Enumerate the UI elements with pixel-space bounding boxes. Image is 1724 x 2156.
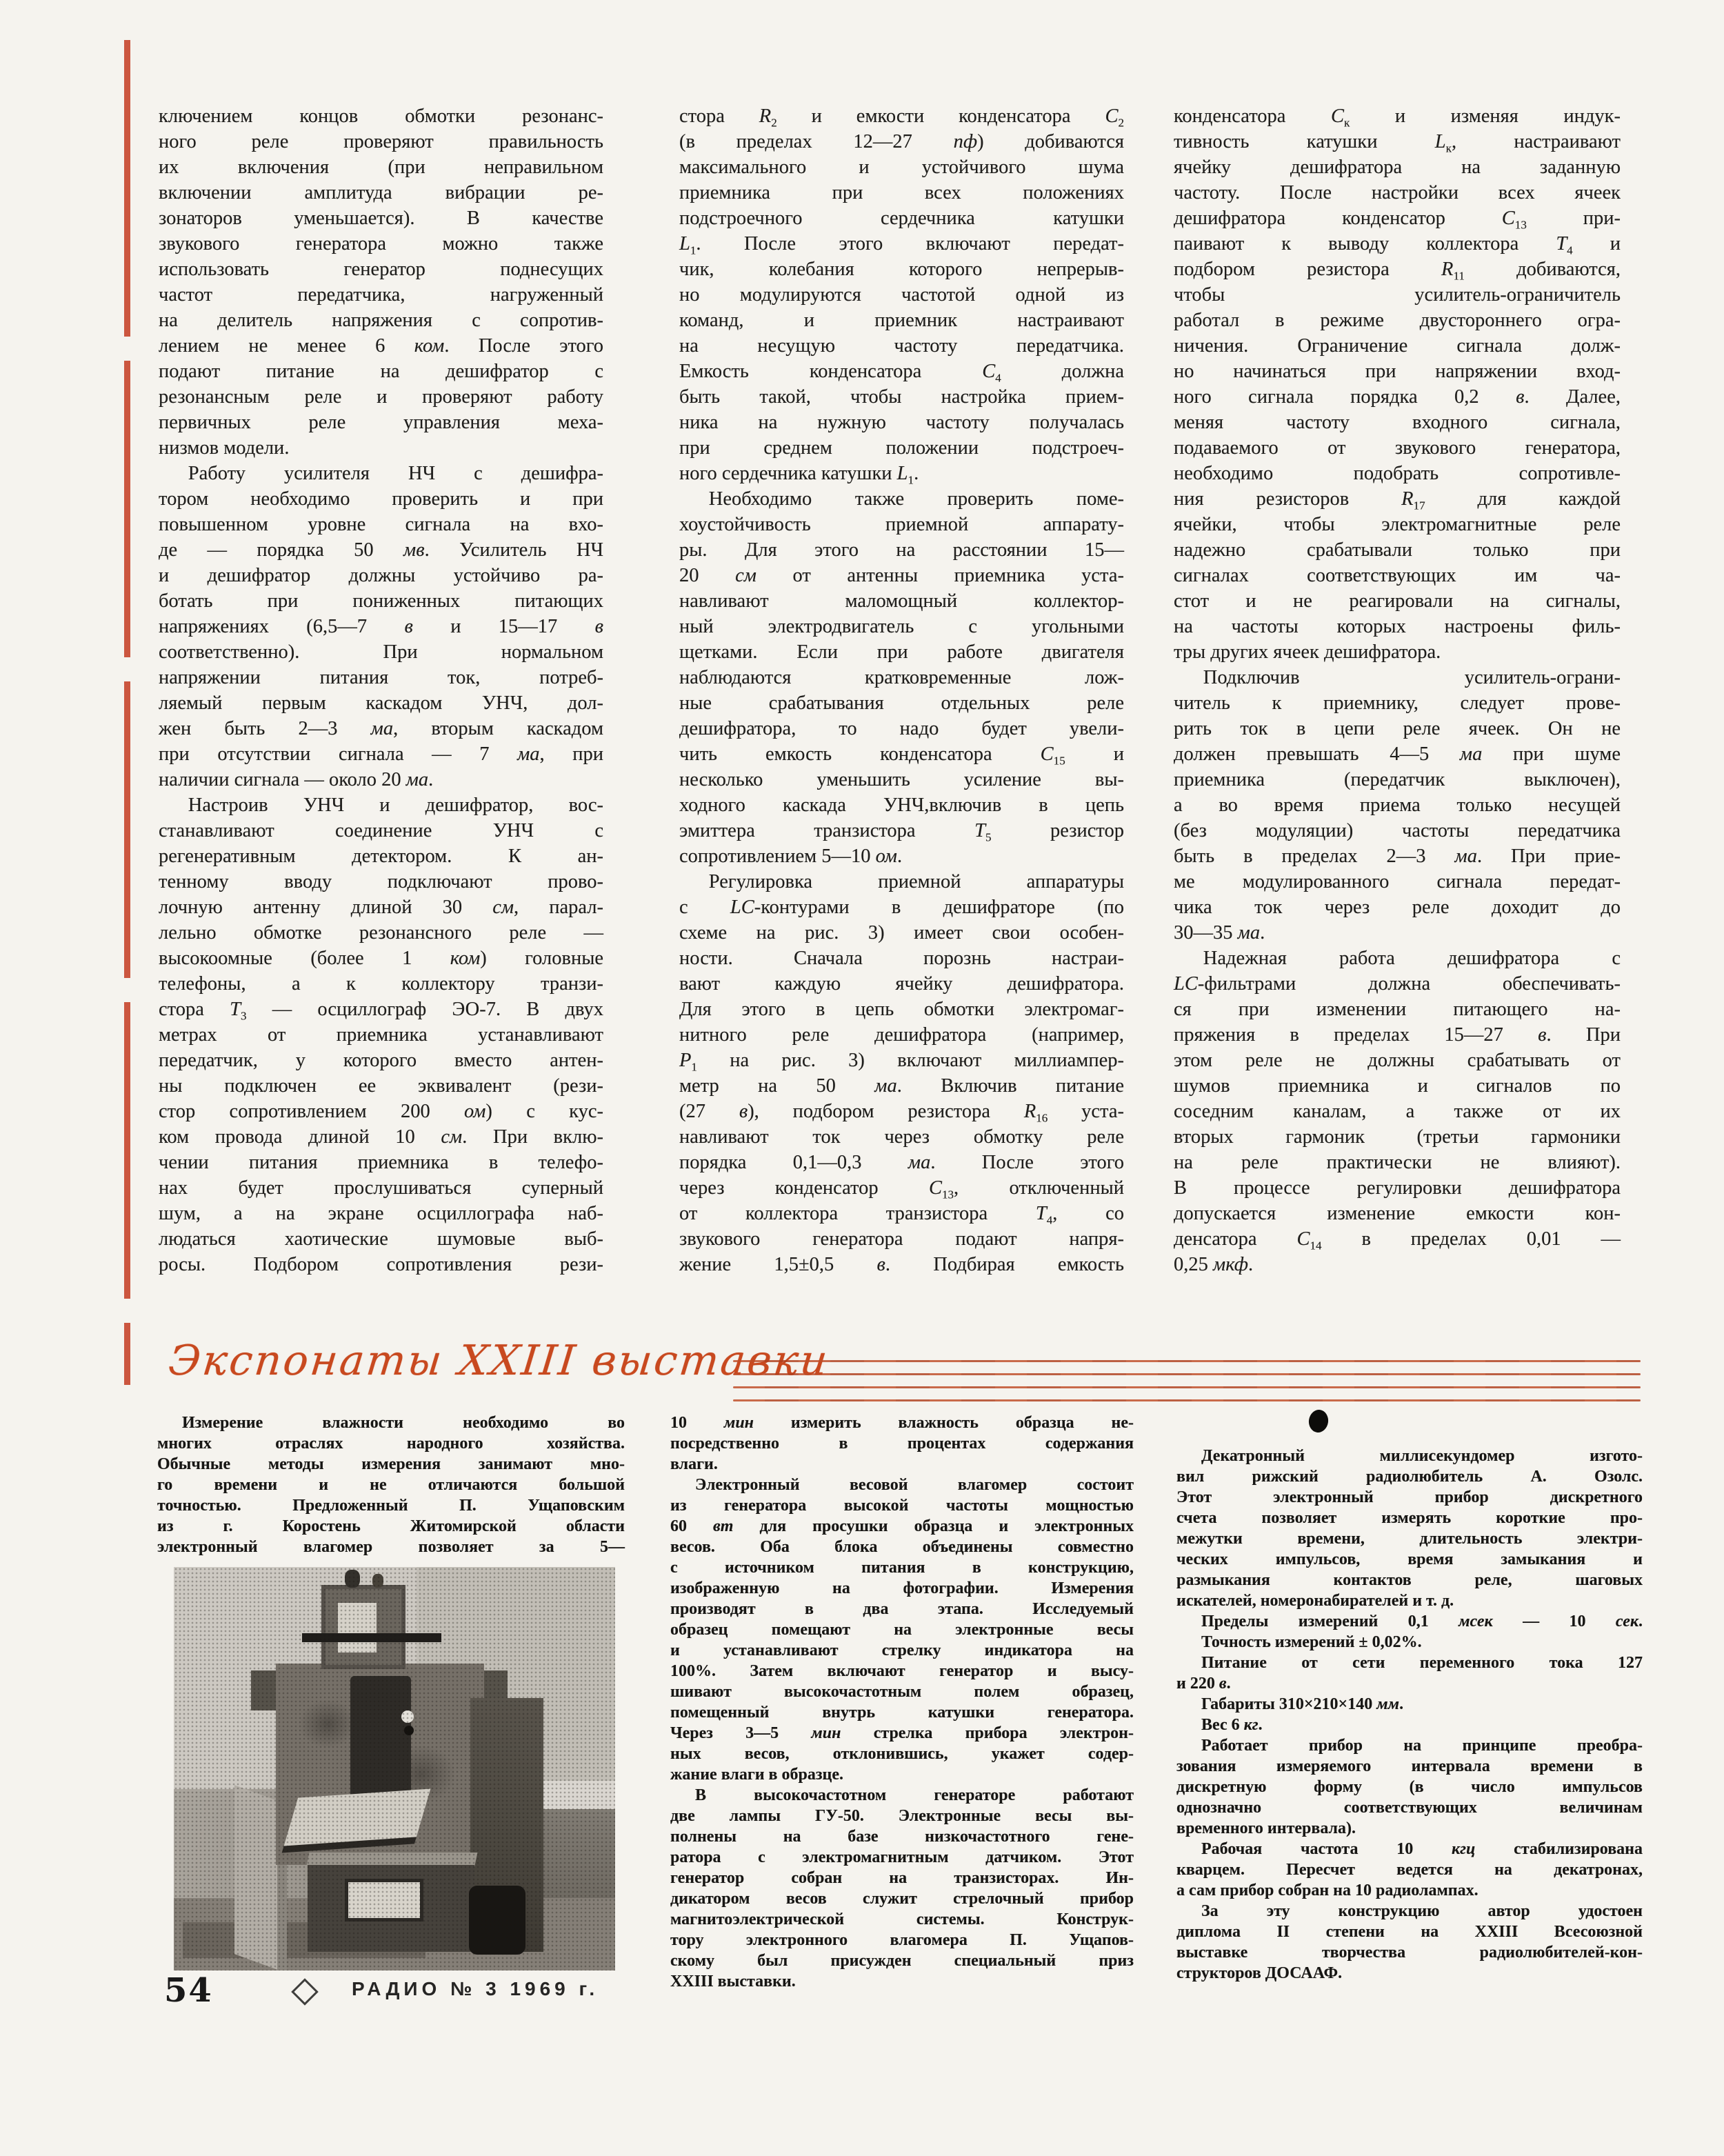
text-line: но начинаться при напряжении вход- (1174, 359, 1621, 384)
rule-line (733, 1399, 1641, 1401)
text-line: 0,25 мкф. (1174, 1252, 1621, 1277)
text-line: ничения. Ограничение сигнала долж- (1174, 333, 1621, 359)
text-line: Через 3—5 мин стрелка прибора электрон- (670, 1723, 1134, 1744)
text-line: нах будет прослушиваться суперный (159, 1175, 603, 1201)
text-line: на реле практически не влияют). (1174, 1150, 1621, 1175)
text-line: Работает прибор на принципе преобра- (1176, 1735, 1643, 1756)
text-line: напряжениях (6,5—7 в и 15—17 в (159, 614, 603, 639)
text-line: шивают высокочастотным полем образец, (670, 1681, 1134, 1702)
text-line: тенному вводу подключают прово- (159, 869, 603, 895)
text-line: и 220 в. (1176, 1673, 1643, 1694)
text-line: ческих импульсов, время замыкания и (1176, 1549, 1643, 1570)
text-line: на несущую частоту передатчика. (679, 333, 1124, 359)
text-line: максимального и устойчивого шума (679, 154, 1124, 180)
text-line: паивают к выводу коллектора T4 и (1174, 231, 1621, 257)
bullet-dot (1307, 1408, 1330, 1434)
text-line: ключением концов обмотки резонанс- (159, 103, 603, 129)
text-line: работал в режиме двустороннего огра- (1174, 308, 1621, 333)
text-line: зонаторов уменьшается). В качестве (159, 206, 603, 231)
text-line: частот передатчика, нагруженный (159, 282, 603, 308)
text-line: магнитоэлектрической системы. Конструк- (670, 1909, 1134, 1930)
text-line: Питание от сети переменного тока 127 (1176, 1653, 1643, 1673)
text-line: выставке творчества радиолюбителей-кон- (1176, 1942, 1643, 1963)
text-line: допускается изменение емкости кон- (1174, 1201, 1621, 1226)
text-line: хоустойчивость приемной аппарату- (679, 512, 1124, 537)
text-line: при отсутствии сигнала — 7 ма, при (159, 741, 603, 767)
text-line: жен быть 2—3 ма, вторым каскадом (159, 716, 603, 741)
text-line: ния резисторов R17 для каждой (1174, 486, 1621, 512)
section-heading: Экспонаты XXIII выставки (166, 1337, 832, 1385)
text-line: весов. Оба блока объединены совместно (670, 1537, 1134, 1557)
text-line: ного сигнала порядка 0,2 в. Далее, (1174, 384, 1621, 410)
text-line: посредственно в процентах содержания (670, 1433, 1134, 1454)
text-line: этом реле не должны срабатывать от (1174, 1048, 1621, 1073)
text-line: ратора с электромагнитным датчиком. Этот (670, 1847, 1134, 1868)
text-line: диплома II степени на XXIII Всесоюзной (1176, 1922, 1643, 1942)
text-line: использовать генератор поднесущих (159, 257, 603, 282)
text-line: 20 см от антенны приемника уста- (679, 563, 1124, 588)
text-line: образец помещают на электронные весы (670, 1619, 1134, 1640)
red-edge-strip (124, 40, 130, 1385)
text-line: однозначно соответствующих величинам (1176, 1797, 1643, 1818)
text-line: Декатронный миллисекундомер изгото- (1176, 1446, 1643, 1466)
text-line: первичных реле управления меха- (159, 410, 603, 435)
text-line: стот и не реагировали на сигналы, (1174, 588, 1621, 614)
text-line: и дешифратор должны устойчиво ра- (159, 563, 603, 588)
text-line: Р1 на рис. 3) включают миллиампер- (679, 1048, 1124, 1073)
text-line: но модулируются частотой одной из (679, 282, 1124, 308)
text-line: размыкания контактов реле, шаговых (1176, 1570, 1643, 1590)
page-number: 54 (164, 1971, 213, 2010)
rule-line (733, 1373, 1641, 1375)
text-line: (без модуляции) частоты передатчика (1174, 818, 1621, 844)
bottom-article-column-1: Измерение влажности необходимо вомногих … (157, 1413, 625, 1557)
text-line: из генератора высокой частоты мощностью (670, 1495, 1134, 1516)
text-line: ны подключен ее эквивалент (рези- (159, 1073, 603, 1099)
text-line: де — порядка 50 мв. Усилитель НЧ (159, 537, 603, 563)
text-line: жение 1,5±0,5 в. Подбирая емкость (679, 1252, 1124, 1277)
top-article-column-2: стора R2 и емкости конденсатора C2(в пре… (679, 103, 1124, 1277)
text-line: людаться хаотические шумовые выб- (159, 1226, 603, 1252)
text-line: ботать при пониженных питающих (159, 588, 603, 614)
text-line: кварцем. Пересчет ведется на декатронах, (1176, 1859, 1643, 1880)
text-line: Точность измерений ± 0,02%. (1176, 1632, 1643, 1653)
text-line: структоров ДОСААФ. (1176, 1963, 1643, 1984)
text-line: точностью. Предложенный П. Ущаповским (157, 1495, 625, 1516)
text-line: Регулировка приемной аппаратуры (679, 869, 1124, 895)
text-line: нитного реле дешифратора (например, (679, 1022, 1124, 1048)
text-line: сопротивлением 5—10 ом. (679, 844, 1124, 869)
text-line: при среднем положении подстроеч- (679, 435, 1124, 461)
text-line: (27 в), подбором резистора R16 уста- (679, 1099, 1124, 1124)
text-line: лением не менее 6 ком. После этого (159, 333, 603, 359)
text-line: Работу усилителя НЧ с дешифра- (159, 461, 603, 486)
text-line: щетками. Если при работе двигателя (679, 639, 1124, 665)
text-line: команд, и приемник настраивают (679, 308, 1124, 333)
text-line: напряжении питания ток, потреб- (159, 665, 603, 690)
text-line: жание влаги в образце. (670, 1764, 1134, 1785)
text-line: и устанавливают стрелку индикатора на (670, 1640, 1134, 1661)
text-line: производят в два этапа. Исследуемый (670, 1599, 1134, 1619)
text-line: Измерение влажности необходимо во (157, 1413, 625, 1433)
text-line: ходного каскада УНЧ,включив в цепь (679, 792, 1124, 818)
text-line: XXIII выставки. (670, 1971, 1134, 1992)
top-article-column-1: ключением концов обмотки резонанс-ного р… (159, 103, 603, 1277)
text-line: а сам прибор собран на 10 радиолампах. (1176, 1880, 1643, 1901)
text-line: Габариты 310×210×140 мм. (1176, 1694, 1643, 1715)
text-line: телефоны, а к коллектору транзи- (159, 971, 603, 997)
text-line: рить ток в цепи реле ячеек. Он не (1174, 716, 1621, 741)
text-line: ячейки, чтобы электромагнитные реле (1174, 512, 1621, 537)
text-line: влаги. (670, 1454, 1134, 1475)
text-line: Пределы измерений 0,1 мсек — 10 сек. (1176, 1611, 1643, 1632)
text-line: несколько уменьшить усиление вы- (679, 767, 1124, 792)
text-line: звукового генератора подают напря- (679, 1226, 1124, 1252)
text-line: навливают ток через обмотку реле (679, 1124, 1124, 1150)
text-line: ного сердечника катушки L1. (679, 461, 1124, 486)
text-line: дикатором весов служит стрелочный прибор (670, 1888, 1134, 1909)
text-line: Надежная работа дешифратора с (1174, 946, 1621, 971)
text-line: звукового генератора можно также (159, 231, 603, 257)
text-line: конденсатора Cк и изменяя индук- (1174, 103, 1621, 129)
text-line: эмиттера транзистора T5 резистор (679, 818, 1124, 844)
text-line: многих отраслях народного хозяйства. (157, 1433, 625, 1454)
text-line: от коллектора транзистора T4, со (679, 1201, 1124, 1226)
text-line: ляемый первым каскадом УНЧ, дол- (159, 690, 603, 716)
text-line: на частоты которых настроены филь- (1174, 614, 1621, 639)
magazine-page: ключением концов обмотки резонанс-ного р… (0, 0, 1724, 2156)
text-line: ного реле проверяют правильность (159, 129, 603, 154)
text-line: Для этого в цепь обмотки электромаг- (679, 997, 1124, 1022)
text-line: вторых гармоник (третьи гармоники (1174, 1124, 1621, 1150)
text-line: навливают маломощный коллектор- (679, 588, 1124, 614)
text-line: искателей, номеронабирателей и т. д. (1176, 1590, 1643, 1611)
text-line: тору электронного влагомера П. Ущапов- (670, 1930, 1134, 1950)
text-line: передатчик, у которого вместо антен- (159, 1048, 603, 1073)
text-line: В процессе регулировки дешифратора (1174, 1175, 1621, 1201)
text-line: Подключив усилитель-ограни- (1174, 665, 1621, 690)
text-line: быть в пределах 2—3 ма. При прие- (1174, 844, 1621, 869)
text-line: стор сопротивлением 200 ом) с кус- (159, 1099, 603, 1124)
top-article-column-3: конденсатора Cк и изменяя индук-тивность… (1174, 103, 1621, 1277)
text-line: схеме на рис. 3) имеет свои особен- (679, 920, 1124, 946)
photo-halftone-overlay (174, 1567, 615, 1970)
text-line: лельно обмотке резонансного реле — (159, 920, 603, 946)
text-line: Настроив УНЧ и дешифратор, вос- (159, 792, 603, 818)
text-line: регенеративным детектором. К ан- (159, 844, 603, 869)
text-line: с источником питания в конструкцию, (670, 1557, 1134, 1578)
text-line: наличии сигнала — около 20 ма. (159, 767, 603, 792)
text-line: через конденсатор C13, отключенный (679, 1175, 1124, 1201)
text-line: шум, а на экране осциллографа наб- (159, 1201, 603, 1226)
text-line: метрах от приемника устанавливают (159, 1022, 603, 1048)
text-line: ных весов, отклонившись, укажет содер- (670, 1744, 1134, 1764)
text-line: Необходимо также проверить поме- (679, 486, 1124, 512)
text-line: порядка 0,1—0,3 ма. После этого (679, 1150, 1124, 1175)
text-line: включении амплитуда вибрации ре- (159, 180, 603, 206)
text-line: ности. Сначала порознь настраи- (679, 946, 1124, 971)
text-line: чить емкость конденсатора C15 и (679, 741, 1124, 767)
text-line: быть такой, чтобы настройка прием- (679, 384, 1124, 410)
text-line: чик, колебания которого непрерыв- (679, 257, 1124, 282)
text-line: счета позволяет измерять короткие про- (1176, 1508, 1643, 1528)
text-line: ные срабатывания отдельных реле (679, 690, 1124, 716)
text-line: высокоомные (более 1 ком) головные (159, 946, 603, 971)
text-line: должен превышать 4—5 ма при шуме (1174, 741, 1621, 767)
text-line: Электронный весовой влагомер состоит (670, 1475, 1134, 1495)
text-line: LC-фильтрами должна обеспечивать- (1174, 971, 1621, 997)
text-line: временного интервала). (1176, 1818, 1643, 1839)
text-line: ный электродвигатель с угольными (679, 614, 1124, 639)
text-line: повышенном уровне сигнала на вхо- (159, 512, 603, 537)
diamond-icon (291, 1978, 319, 2006)
text-line: го времени и не отличаются большой (157, 1475, 625, 1495)
bottom-article-column-2: 10 мин измерить влажность образца не-пос… (670, 1413, 1134, 1992)
text-line: Вес 6 кг. (1176, 1715, 1643, 1735)
text-line: дешифратора конденсатор C13 при- (1174, 206, 1621, 231)
text-line: соседним каналам, а также от их (1174, 1099, 1621, 1124)
text-line: меняя частоту входного сигнала, (1174, 410, 1621, 435)
text-line: ком провода длиной 10 см. При вклю- (159, 1124, 603, 1150)
text-line: лочную антенну длиной 30 см, парал- (159, 895, 603, 920)
text-line: помещенный внутрь катушки генератора. (670, 1702, 1134, 1723)
text-line: вил рижский радиолюбитель А. Озолс. (1176, 1466, 1643, 1487)
text-line: с LC-контурами в дешифраторе (по (679, 895, 1124, 920)
text-line: соответственно). При нормальном (159, 639, 603, 665)
text-line: (в пределах 12—27 пф) добиваются (679, 129, 1124, 154)
text-line: а во время приема только несущей (1174, 792, 1621, 818)
device-photo (174, 1567, 615, 1970)
text-line: ся при изменении питающего на- (1174, 997, 1621, 1022)
text-line: полнены на базе низкочастотного гене- (670, 1826, 1134, 1847)
text-line: необходимо подобрать сопротивле- (1174, 461, 1621, 486)
text-line: росы. Подбором сопротивления рези- (159, 1252, 603, 1277)
text-line: Емкость конденсатора C4 должна (679, 359, 1124, 384)
text-line: приемника (передатчик выключен), (1174, 767, 1621, 792)
text-line: стора Т3 — осциллограф ЭО-7. В двух (159, 997, 603, 1022)
text-line: Этот электронный прибор дискретного (1176, 1487, 1643, 1508)
text-line: наблюдаются кратковременные лож- (679, 665, 1124, 690)
rule-line (733, 1386, 1641, 1388)
text-line: надежно срабатывали только при (1174, 537, 1621, 563)
text-line: зования измеряемого интервала времени в (1176, 1756, 1643, 1777)
text-line: межутки времени, длительность электри- (1176, 1528, 1643, 1549)
text-line: 100%. Затем включают генератор и высу- (670, 1661, 1134, 1681)
text-line: пряжения в пределах 15—27 в. При (1174, 1022, 1621, 1048)
text-line: резонансным реле и проверяют работу (159, 384, 603, 410)
text-line: ме модулированного сигнала передат- (1174, 869, 1621, 895)
text-line: Рабочая частота 10 кгц стабилизирована (1176, 1839, 1643, 1859)
text-line: их включения (при неправильном (159, 154, 603, 180)
bottom-article-column-3: Декатронный миллисекундомер изгото-вил р… (1176, 1446, 1643, 1984)
text-line: В высокочастотном генераторе работают (670, 1785, 1134, 1806)
text-line: читель к приемнику, следует прове- (1174, 690, 1621, 716)
text-line: ника на нужную частоту получалась (679, 410, 1124, 435)
text-line: подстроечного сердечника катушки (679, 206, 1124, 231)
text-line: скому был присужден специальный приз (670, 1950, 1134, 1971)
text-line: 10 мин измерить влажность образца не- (670, 1413, 1134, 1433)
text-line: стора R2 и емкости конденсатора C2 (679, 103, 1124, 129)
text-line: 30—35 ма. (1174, 920, 1621, 946)
text-line: тры других ячеек дешифратора. (1174, 639, 1621, 665)
divider-rules (733, 1360, 1641, 1403)
text-line: 60 вт для просушки образца и электронных (670, 1516, 1134, 1537)
text-line: подбором резистора R11 добиваются, (1174, 257, 1621, 282)
text-line: частоту. После настройки всех ячеек (1174, 180, 1621, 206)
text-line: сигналах соответствующих им ча- (1174, 563, 1621, 588)
text-line: тивность катушки Lк, настраивают (1174, 129, 1621, 154)
text-line: станавливают соединение УНЧ с (159, 818, 603, 844)
text-line: ячейку дешифратора на заданную (1174, 154, 1621, 180)
text-line: низмов модели. (159, 435, 603, 461)
text-line: приемника при всех положениях (679, 180, 1124, 206)
text-line: чтобы усилитель-ограничитель (1174, 282, 1621, 308)
text-line: электронный влагомер позволяет за 5— (157, 1537, 625, 1557)
text-line: чении питания приемника в телефо- (159, 1150, 603, 1175)
text-line: дешифратора, то надо будет увели- (679, 716, 1124, 741)
text-line: тором необходимо проверить и при (159, 486, 603, 512)
text-line: изображенную на фотографии. Измерения (670, 1578, 1134, 1599)
text-line: две лампы ГУ-50. Электронные весы вы- (670, 1806, 1134, 1826)
rule-line (733, 1360, 1641, 1362)
text-line: подаваемого от звукового генератора, (1174, 435, 1621, 461)
text-line: метр на 50 ма. Включив питание (679, 1073, 1124, 1099)
text-line: из г. Коростень Житомирской области (157, 1516, 625, 1537)
text-line: подают питание на дешифратор с (159, 359, 603, 384)
text-line: вают каждую ячейку дешифратора. (679, 971, 1124, 997)
text-line: чика ток через реле доходит до (1174, 895, 1621, 920)
text-line: L1. После этого включают передат- (679, 231, 1124, 257)
text-line: денсатора C14 в пределах 0,01 — (1174, 1226, 1621, 1252)
text-line: генератор собран на транзисторах. Ин- (670, 1868, 1134, 1888)
text-line: ры. Для этого на расстоянии 15— (679, 537, 1124, 563)
text-line: шумов приемника и сигналов по (1174, 1073, 1621, 1099)
journal-title: РАДИО № 3 1969 г. (352, 1978, 599, 2000)
text-line: Обычные методы измерения занимают мно- (157, 1454, 625, 1475)
text-line: на делитель напряжения с сопротив- (159, 308, 603, 333)
text-line: За эту конструкцию автор удостоен (1176, 1901, 1643, 1922)
text-line: дискретную форму (в число импульсов (1176, 1777, 1643, 1797)
